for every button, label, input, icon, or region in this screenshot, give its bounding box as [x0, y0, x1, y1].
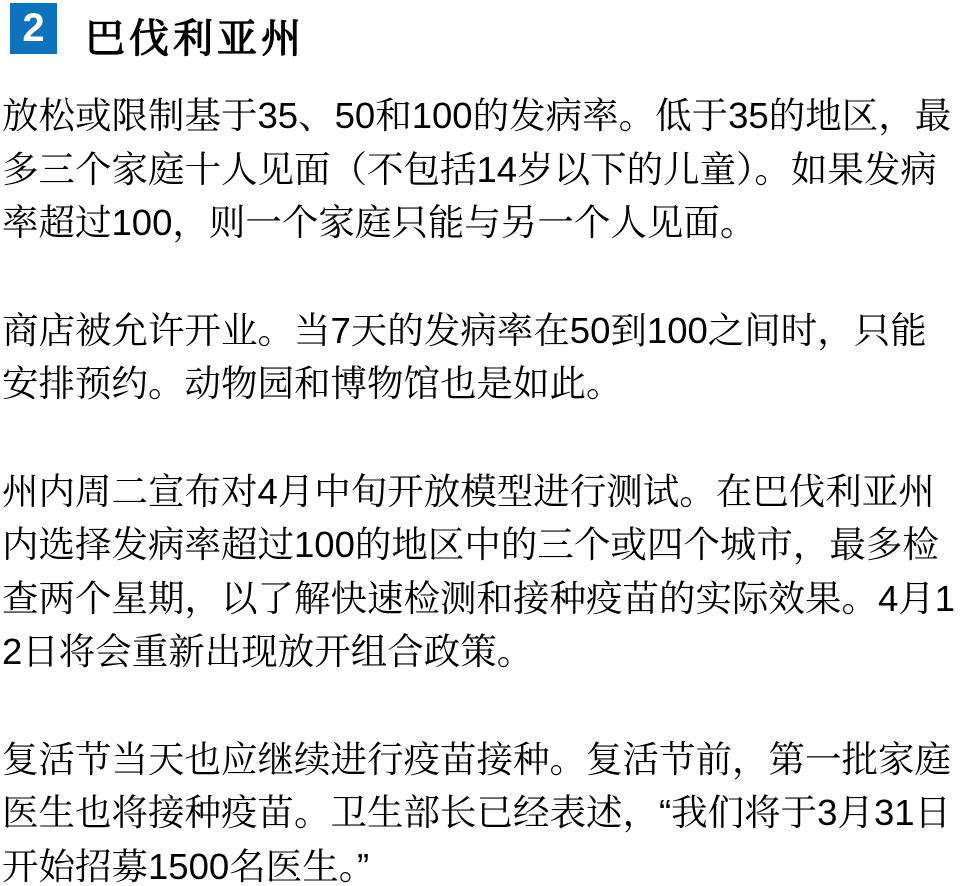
paragraph-easter-vaccination: 复活节当天也应继续进行疫苗接种。复活节前，第一批家庭医生也将接种疫苗。卫生部长已…	[2, 733, 956, 886]
section-header: 2 巴伐利亚州	[0, 0, 960, 54]
paragraph-opening-model-test: 州内周二宣布对4月中旬开放模型进行测试。在巴伐利亚州内选择发病率超过100的地区…	[2, 465, 956, 679]
paragraph-incidence-rules: 放松或限制基于35、50和100的发病率。低于35的地区，最多三个家庭十人见面（…	[2, 89, 956, 250]
paragraph-shops-zoos: 商店被允许开业。当7天的发病率在50到100之间时，只能安排预约。动物园和博物馆…	[2, 304, 956, 411]
section-number-badge: 2	[10, 3, 57, 54]
document-page: 2 巴伐利亚州 放松或限制基于35、50和100的发病率。低于35的地区，最多三…	[0, 0, 960, 886]
section-title: 巴伐利亚州	[85, 19, 305, 59]
article-body: 放松或限制基于35、50和100的发病率。低于35的地区，最多三个家庭十人见面（…	[0, 89, 960, 886]
